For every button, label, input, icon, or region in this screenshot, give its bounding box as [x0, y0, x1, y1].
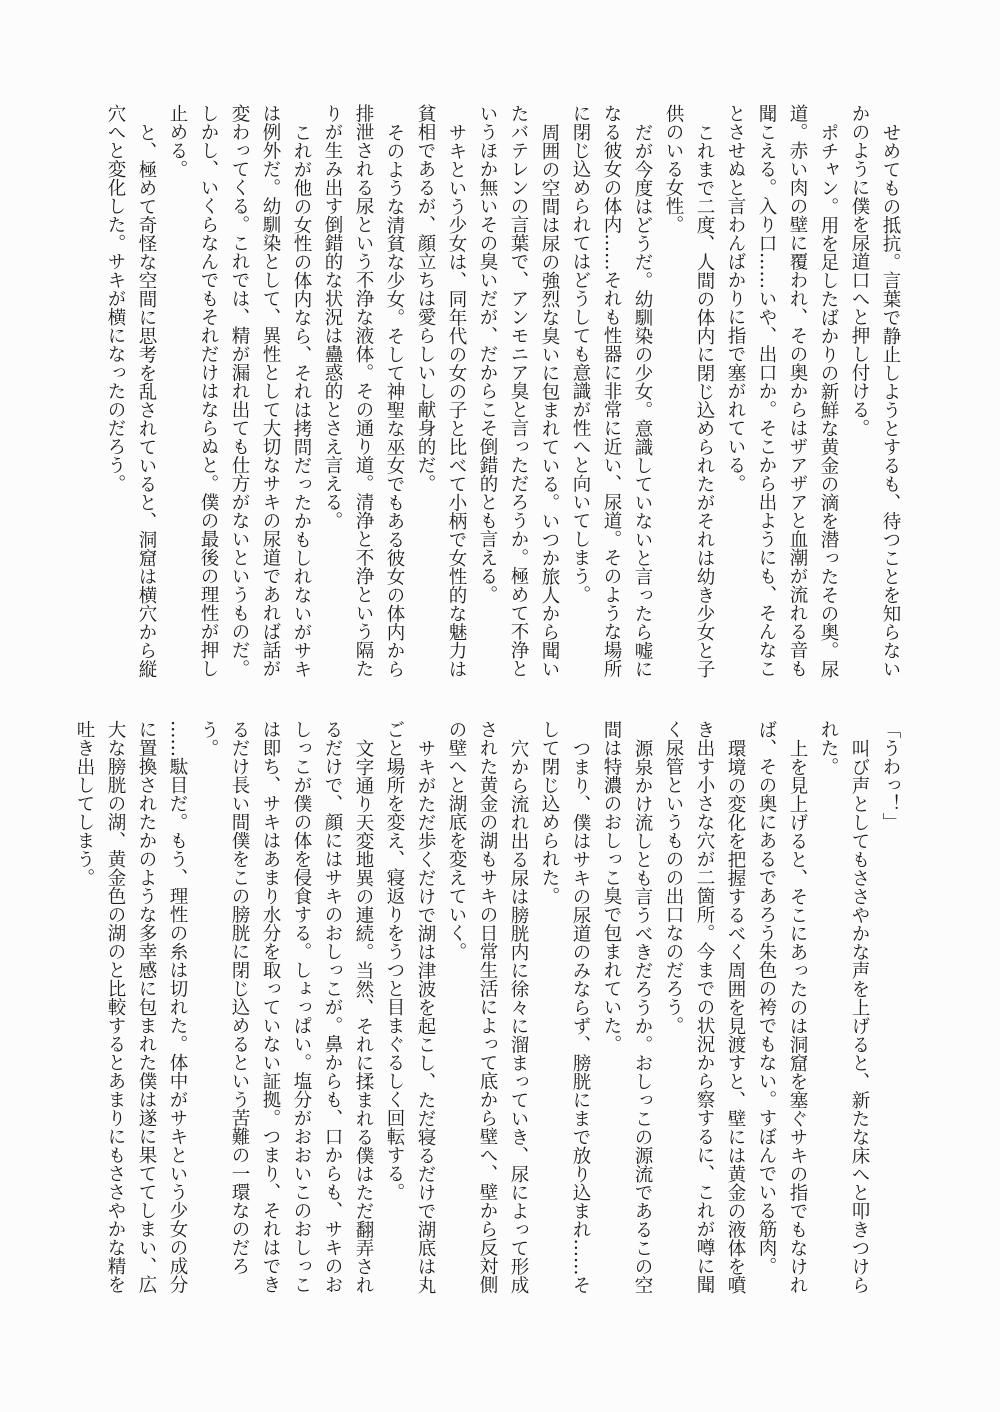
- upper-text-section: せめてもの抵抗。言葉で静止しようとするも、待つことを知らないかのように僕を尿道口…: [100, 104, 906, 682]
- paragraph: と、極めて奇怪な空間に思考を乱されていると、洞窟は横穴から縦穴へと変化した。サキ…: [100, 104, 162, 682]
- paragraph: つまり、僕はサキの尿道のみならず、膀胱にまで放り込まれ……そして閉じ込められた。: [534, 720, 596, 1298]
- paragraph: 穴から流れ出る尿は膀胱内に徐々に溜まっていき、尿によって形成された黄金の湖もサキ…: [441, 720, 534, 1298]
- lower-text-section: 「うわっ！」 叫び声としてもささやかな声を上げると、新たな床へと叩きつけられた。…: [69, 720, 906, 1298]
- paragraph: 叫び声としてもささやかな声を上げると、新たな床へと叩きつけられた。: [813, 720, 875, 1298]
- paragraph: だが今度はどうだ。幼馴染の少女。意識していないと言ったら嘘になる彼女の体内……そ…: [565, 104, 658, 682]
- dialogue-line: 「うわっ！」: [875, 720, 906, 1298]
- paragraph: これが他の女性の体内なら、それは拷問だったかもしれないがサキは例外だ。幼馴染とし…: [162, 104, 317, 682]
- novel-page: せめてもの抵抗。言葉で静止しようとするも、待つことを知らないかのように僕を尿道口…: [0, 0, 1000, 1412]
- paragraph: せめてもの抵抗。言葉で静止しようとするも、待つことを知らないかのように僕を尿道口…: [844, 104, 906, 682]
- paragraph: サキという少女は、同年代の女の子と比べて小柄で女性的な魅力は貧相であるが、顔立ち…: [410, 104, 472, 682]
- paragraph: 上を見上げると、そこにあったのは洞窟を塞ぐサキの指でもなければ、その奥にあるであ…: [751, 720, 813, 1298]
- paragraph: 周囲の空間は尿の強烈な臭いに包まれている。いつか旅人から聞いたバテレンの言葉で、…: [472, 104, 565, 682]
- paragraph: そのような清貧な少女。そして神聖な巫女でもある彼女の体内から排泄される尿という不…: [317, 104, 410, 682]
- paragraph: サキがただ歩くだけで湖は津波を起こし、ただ寝るだけで湖底は丸ごと場所を変え、寝返…: [379, 720, 441, 1298]
- paragraph: 環境の変化を把握するべく周囲を見渡すと、壁には黄金の液体を噴き出す小さな穴が二箇…: [658, 720, 751, 1298]
- paragraph: 源泉かけ流しとも言うべきだろうか。おしっこの源流であるこの空間は特濃のおしっこ臭…: [596, 720, 658, 1298]
- paragraph: これまで二度、人間の体内に閉じ込められたがそれは幼き少女と子供のいる女性。: [658, 104, 720, 682]
- paragraph: 文字通り天変地異の連続。当然、それに揉まれる僕はただ翻弄されるだけで、顔にはサキ…: [193, 720, 379, 1298]
- paragraph: ……駄目だ。もう、理性の糸は切れた。体中がサキという少女の成分に置換されたかのよ…: [69, 720, 193, 1298]
- paragraph: ポチャン。用を足したばかりの新鮮な黄金の滴を潜ったその奥。尿道。赤い肉の壁に覆わ…: [720, 104, 844, 682]
